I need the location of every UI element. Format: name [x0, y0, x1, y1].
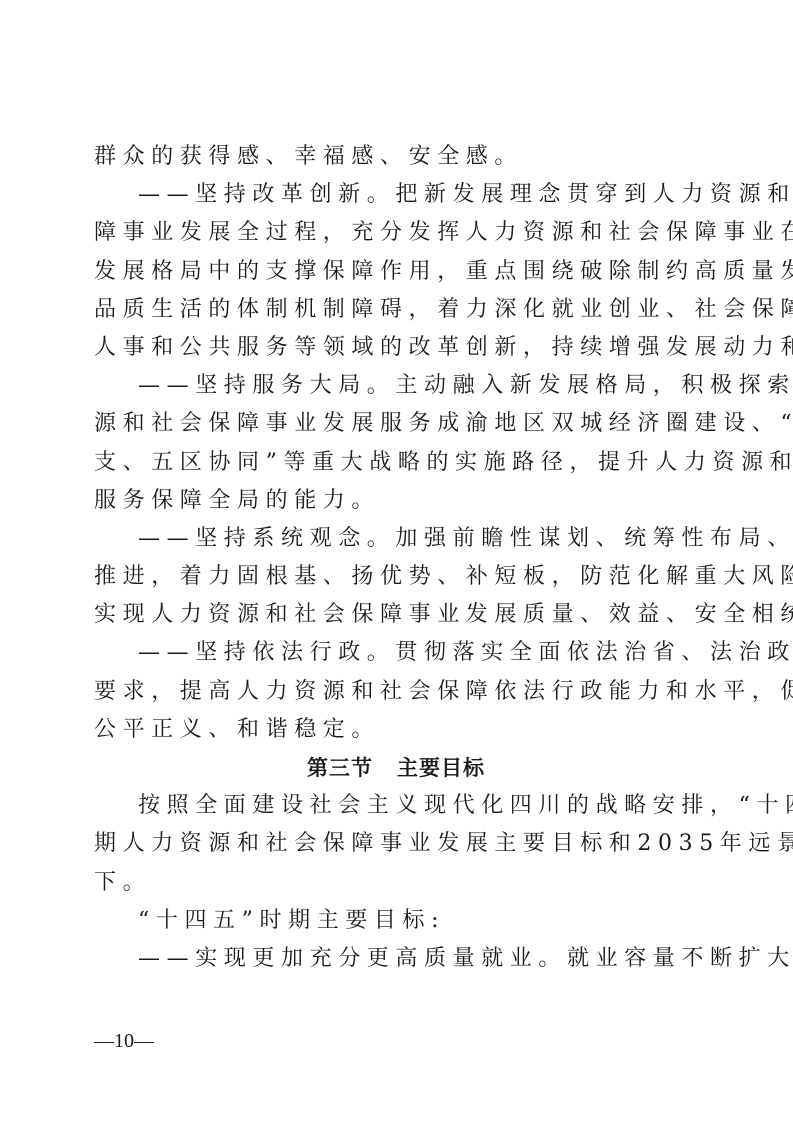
text-line: 障事业发展全过程，充分发挥人力资源和社会保障事业在构建新: [94, 214, 698, 252]
text-line: 按照全面建设社会主义现代化四川的战略安排，“十四五”时: [94, 787, 698, 825]
text-line: 支、五区协同”等重大战略的实施路径，提升人力资源和社会保障: [94, 444, 698, 482]
text-line: ——实现更加充分更高质量就业。就业容量不断扩大，就业: [94, 940, 698, 978]
text-line: 推进，着力固根基、扬优势、补短板，防范化解重大风险挑战，: [94, 558, 698, 596]
text-line: 服务保障全局的能力。: [94, 482, 698, 520]
page-number: —10—: [94, 1030, 154, 1053]
text-line: 下。: [94, 864, 698, 902]
text-line: ——坚持系统观念。加强前瞻性谋划、统筹性布局、整体性: [94, 520, 698, 558]
text-line: ——坚持改革创新。把新发展理念贯穿到人力资源和社会保: [94, 176, 698, 214]
text-line: ——坚持服务大局。主动融入新发展格局，积极探索人力资: [94, 367, 698, 405]
document-page: 群众的获得感、幸福感、安全感。 ——坚持改革创新。把新发展理念贯穿到人力资源和社…: [94, 138, 698, 978]
section-number: 第三节: [307, 756, 373, 780]
text-line: 发展格局中的支撑保障作用，重点围绕破除制约高质量发展、高: [94, 253, 698, 291]
text-line: 实现人力资源和社会保障事业发展质量、效益、安全相统一。: [94, 596, 698, 634]
text-line: 人事和公共服务等领域的改革创新，持续增强发展动力和活力。: [94, 329, 698, 367]
section-title: 主要目标: [397, 756, 485, 780]
text-line: “十四五”时期主要目标:: [94, 902, 698, 940]
section-heading: 第三节主要目标: [94, 749, 698, 787]
text-line: 群众的获得感、幸福感、安全感。: [94, 138, 698, 176]
text-line: 源和社会保障事业发展服务成渝地区双城经济圈建设、“一干多: [94, 405, 698, 443]
text-line: 要求，提高人力资源和社会保障依法行政能力和水平，促进社会: [94, 673, 698, 711]
text-line: 品质生活的体制机制障碍，着力深化就业创业、社会保障、人才: [94, 291, 698, 329]
text-line: ——坚持依法行政。贯彻落实全面依法治省、法治政府建设: [94, 634, 698, 672]
text-line: 期人力资源和社会保障事业发展主要目标和2035年远景目标如: [94, 825, 698, 863]
text-line: 公平正义、和谐稳定。: [94, 711, 698, 749]
